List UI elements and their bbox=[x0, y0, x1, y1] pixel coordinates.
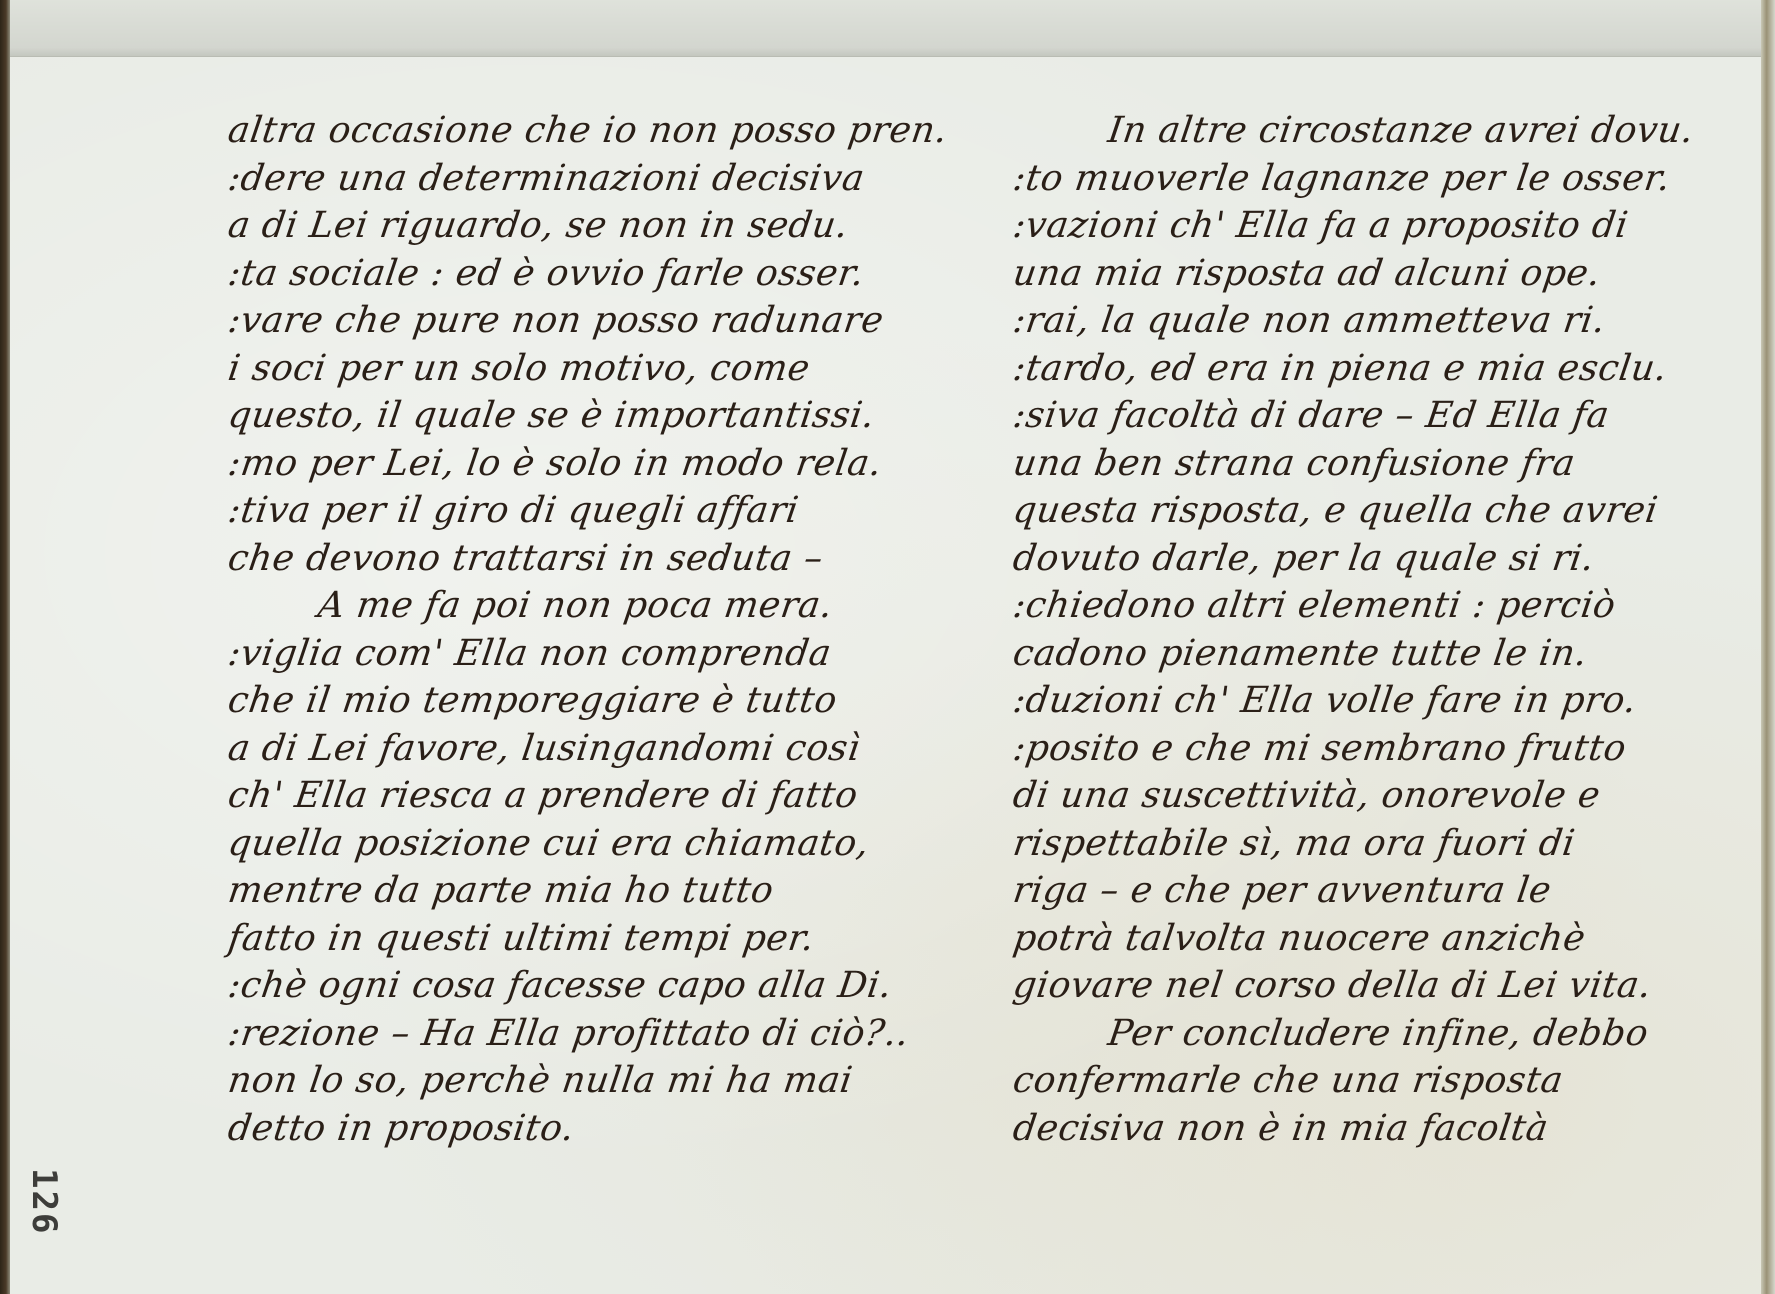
text-line: quella posizione cui era chiamato, bbox=[225, 820, 952, 868]
text-line: potrà talvolta nuocere anzichè bbox=[1010, 915, 1717, 963]
paragraph-start-line: In altre circostanze avrei dovu. bbox=[1010, 107, 1717, 155]
text-line: detto in proposito. bbox=[225, 1105, 952, 1153]
text-line: a di Lei riguardo, se non in sedu. bbox=[225, 202, 952, 250]
archive-page-number-stamp: 126 bbox=[24, 1168, 64, 1235]
text-line: mentre da parte mia ho tutto bbox=[225, 867, 952, 915]
text-line: :duzioni ch' Ella volle fare in pro. bbox=[1010, 677, 1717, 725]
text-line: una mia risposta ad alcuni ope. bbox=[1010, 250, 1717, 298]
text-line: rispettabile sì, ma ora fuori di bbox=[1010, 820, 1717, 868]
text-line: :to muoverle lagnanze per le osser. bbox=[1010, 155, 1717, 203]
text-line: :tiva per il giro di quegli affari bbox=[225, 487, 952, 535]
text-line: che il mio temporeggiare è tutto bbox=[225, 677, 952, 725]
text-line: di una suscettività, onorevole e bbox=[1010, 772, 1717, 820]
text-line: :dere una determinazioni decisiva bbox=[225, 155, 952, 203]
text-line: confermarle che una risposta bbox=[1010, 1057, 1717, 1105]
text-line: :rai, la quale non ammetteva ri. bbox=[1010, 297, 1717, 345]
text-line: :posito e che mi sembrano frutto bbox=[1010, 725, 1717, 773]
text-line: questa risposta, e quella che avrei bbox=[1010, 487, 1717, 535]
text-line: fatto in questi ultimi tempi per. bbox=[225, 915, 952, 963]
paragraph-start-line: A me fa poi non poca mera. bbox=[225, 582, 952, 630]
right-text-column: In altre circostanze avrei dovu. :to muo… bbox=[1010, 107, 1710, 1152]
text-line: :mo per Lei, lo è solo in modo rela. bbox=[225, 440, 952, 488]
text-line: questo, il quale se è importantissi. bbox=[225, 392, 952, 440]
text-line: cadono pienamente tutte le in. bbox=[1010, 630, 1717, 678]
binding-edge bbox=[0, 0, 10, 1294]
paper-sheet: altra occasione che io non posso pren. :… bbox=[10, 57, 1761, 1294]
text-line: che devono trattarsi in seduta – bbox=[225, 535, 952, 583]
text-line: a di Lei favore, lusingandomi così bbox=[225, 725, 952, 773]
text-line: :ta sociale : ed è ovvio farle osser. bbox=[225, 250, 952, 298]
text-line: :viglia com' Ella non comprenda bbox=[225, 630, 952, 678]
text-line: altra occasione che io non posso pren. bbox=[225, 107, 952, 155]
text-line: i soci per un solo motivo, come bbox=[225, 345, 952, 393]
text-line: non lo so, perchè nulla mi ha mai bbox=[225, 1057, 952, 1105]
text-line: :siva facoltà di dare – Ed Ella fa bbox=[1010, 392, 1717, 440]
text-line: :vazioni ch' Ella fa a proposito di bbox=[1010, 202, 1717, 250]
left-text-column: altra occasione che io non posso pren. :… bbox=[225, 107, 945, 1152]
text-line: una ben strana confusione fra bbox=[1010, 440, 1717, 488]
text-line: riga – e che per avventura le bbox=[1010, 867, 1717, 915]
text-line: :tardo, ed era in piena e mia esclu. bbox=[1010, 345, 1717, 393]
text-line: giovare nel corso della di Lei vita. bbox=[1010, 962, 1717, 1010]
text-line: dovuto darle, per la quale si ri. bbox=[1010, 535, 1717, 583]
manuscript-scan: altra occasione che io non posso pren. :… bbox=[0, 0, 1775, 1294]
text-line: :chè ogni cosa facesse capo alla Di. bbox=[225, 962, 952, 1010]
text-line: :chiedono altri elementi : perciò bbox=[1010, 582, 1717, 630]
paragraph-start-line: Per concludere infine, debbo bbox=[1010, 1010, 1717, 1058]
top-fold-strip bbox=[10, 0, 1761, 57]
text-line: :vare che pure non posso radunare bbox=[225, 297, 952, 345]
text-line: ch' Ella riesca a prendere di fatto bbox=[225, 772, 952, 820]
text-line: :rezione – Ha Ella profittato di ciò?.. bbox=[225, 1010, 952, 1058]
text-line: decisiva non è in mia facoltà bbox=[1010, 1105, 1717, 1153]
right-page-edge bbox=[1761, 0, 1775, 1294]
